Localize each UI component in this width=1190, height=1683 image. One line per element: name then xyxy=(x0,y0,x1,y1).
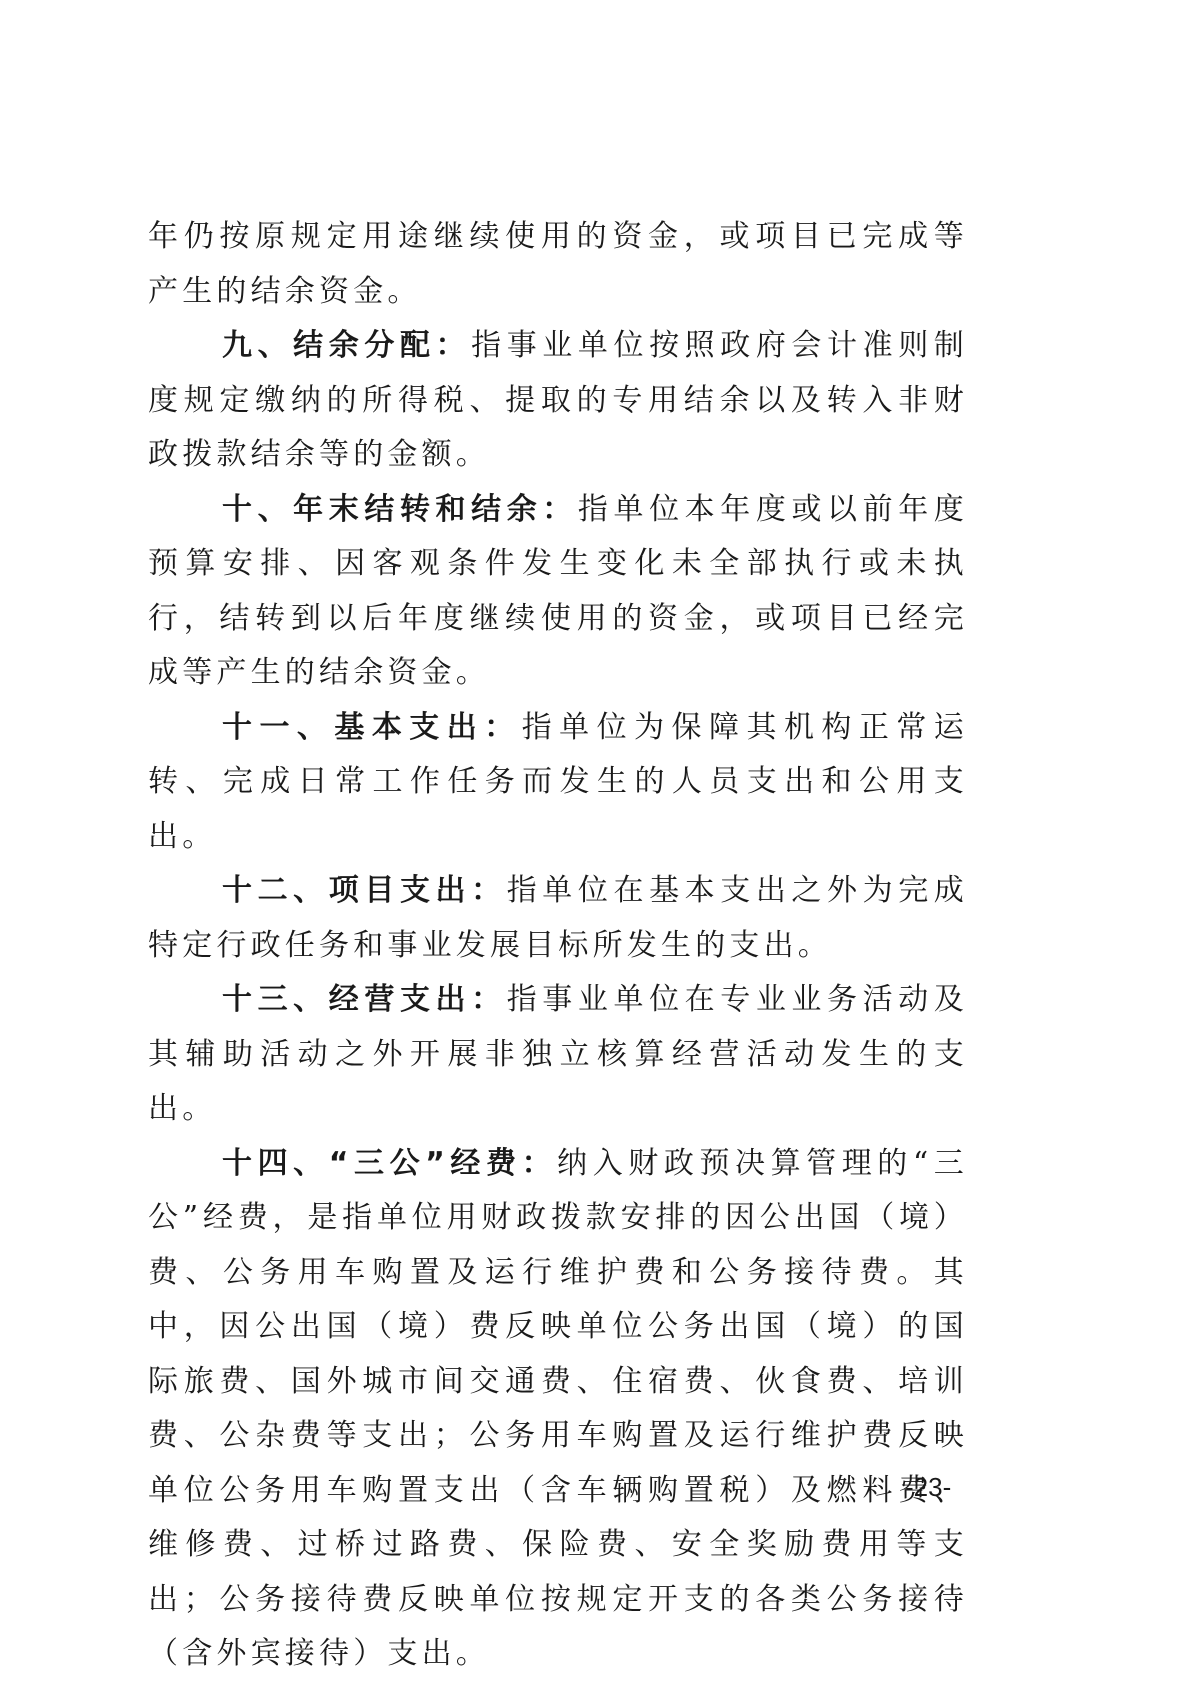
paragraph-continuation: 年仍按原规定用途继续使用的资金，或项目已完成等产生的结余资金。 xyxy=(148,210,968,319)
term-heading: 十三、经营支出： xyxy=(222,982,507,1017)
page-number: -23- xyxy=(905,1472,951,1503)
term-heading: 十一、基本支出： xyxy=(222,710,522,745)
paragraph-year-end-carryover: 十、年末结转和结余：指单位本年度或以前年度预算安排、因客观条件发生变化未全部执行… xyxy=(148,483,968,701)
paragraph-surplus-distribution: 九、结余分配：指事业单位按照政府会计准则制度规定缴纳的所得税、提取的专用结余以及… xyxy=(148,319,968,483)
paragraph-body: 纳入财政预决算管理的“三公”经费，是指单位用财政拨款安排的因公出国（境）费、公务… xyxy=(148,1146,968,1672)
term-heading: 十、年末结转和结余： xyxy=(222,492,578,527)
term-heading: 十二、项目支出： xyxy=(222,873,507,908)
term-heading: 九、结余分配： xyxy=(222,328,471,363)
term-heading: 十四、“三公”经费： xyxy=(222,1146,557,1181)
paragraph-operating-expenditure: 十三、经营支出：指事业单位在专业业务活动及其辅助活动之外开展非独立核算经营活动发… xyxy=(148,973,968,1137)
paragraph-project-expenditure: 十二、项目支出：指单位在基本支出之外为完成特定行政任务和事业发展目标所发生的支出… xyxy=(148,864,968,973)
paragraph-body: 年仍按原规定用途继续使用的资金，或项目已完成等产生的结余资金。 xyxy=(148,219,968,309)
document-page: 年仍按原规定用途继续使用的资金，或项目已完成等产生的结余资金。 九、结余分配：指… xyxy=(148,210,968,1682)
paragraph-basic-expenditure: 十一、基本支出：指单位为保障其机构正常运转、完成日常工作任务而发生的人员支出和公… xyxy=(148,701,968,865)
paragraph-three-public-expenses: 十四、“三公”经费：纳入财政预决算管理的“三公”经费，是指单位用财政拨款安排的因… xyxy=(148,1137,968,1682)
